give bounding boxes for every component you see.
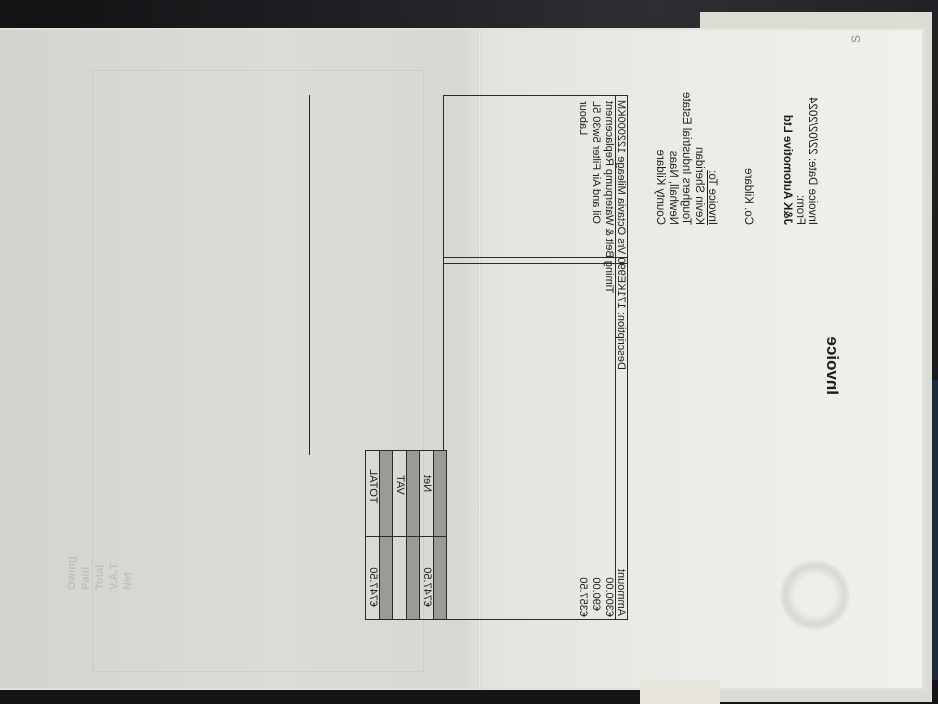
total-value: €747.50	[367, 567, 379, 607]
net-row: Net €747.50	[419, 451, 433, 619]
signature-line	[309, 95, 310, 455]
net-value: €747.50	[421, 567, 433, 607]
totals-spacer-row	[433, 451, 446, 619]
totals-column-divider	[366, 536, 446, 537]
totals-block: Net €747.50 VAT TOTAL €747.50	[365, 450, 447, 620]
column-divider	[444, 263, 627, 264]
totals-spacer-row	[406, 451, 419, 619]
item-description-1: Timing Belt & Waterpump Replacement	[603, 101, 615, 293]
total-row: TOTAL €747.50	[366, 451, 379, 619]
items-table: Description: 171KE990 Vrs Octavia Mileag…	[443, 95, 628, 620]
invoice-document: Invoice Invoice Date: 22/02/2024 From: J…	[0, 0, 938, 704]
amount-header: Ammount	[615, 569, 627, 616]
item-amount-2: €90.00	[590, 577, 602, 611]
from-label: From:	[794, 195, 806, 225]
item-description-2: Oil and Air Filter 5w30 5L	[590, 101, 602, 224]
to-name: Kevin Sheridan	[693, 147, 705, 225]
invoice-title: Invoice	[826, 336, 838, 395]
net-label: Net	[421, 475, 433, 492]
from-county: Co. Kildare	[742, 168, 754, 225]
invoice-date: Invoice Date: 22/02/2024	[806, 97, 818, 225]
vat-label: VAT	[394, 475, 406, 495]
to-address-3: County Kildare	[654, 150, 666, 225]
total-label: TOTAL	[367, 469, 379, 503]
description-header: Description: 171KE990 Vrs Octavia Mileag…	[615, 100, 627, 370]
to-address-2: Newhall, Naas	[667, 151, 679, 225]
item-description-3: Labour	[577, 101, 589, 135]
invoice-to-label: Invoice To:	[706, 170, 718, 225]
column-divider-inner	[444, 257, 627, 258]
totals-spacer-row	[379, 451, 392, 619]
item-amount-1: €300.00	[603, 577, 615, 617]
from-company: J&K Automotive Ltd	[781, 115, 793, 225]
item-amount-3: €357.50	[577, 577, 589, 617]
to-address-1: Toughers Industrial Estate	[680, 92, 692, 225]
vat-row: VAT	[392, 451, 406, 619]
